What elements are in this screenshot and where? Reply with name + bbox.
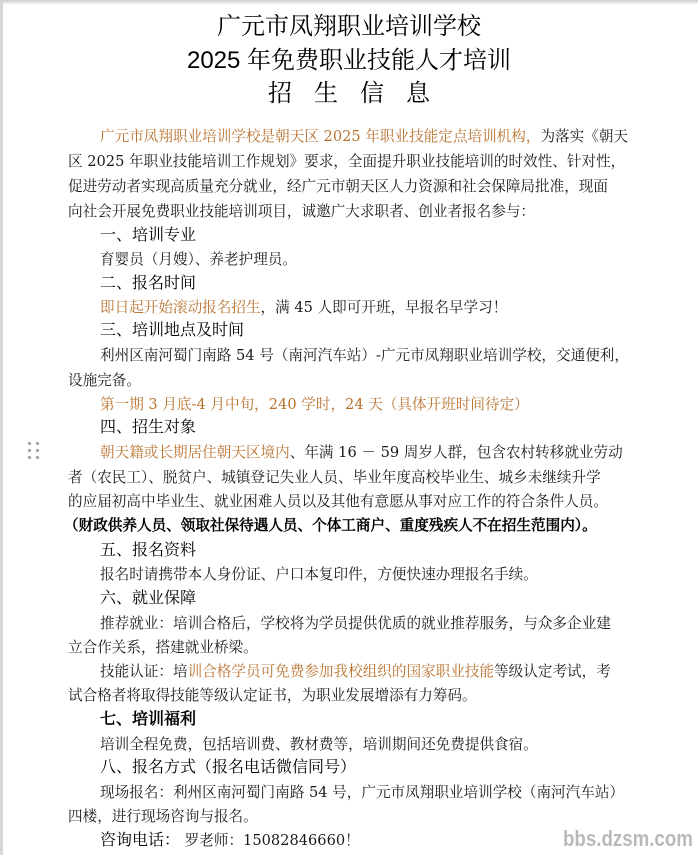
- section-5-body: 报名时请携带本人身份证、户口本复印件，方便快速办理报名手续。: [100, 565, 538, 585]
- section-3-address: 利州区南河蜀门南路 54 号（南河汽车站）-广元市凤翔职业培训学校，交通便利，: [100, 346, 629, 366]
- section-3-address-cont: 设施完备。: [68, 371, 141, 391]
- section-4-line-2: 者（农民工）、脱贫户、城镇登记失业人员、毕业年度高校毕业生、城乡未继续升学: [68, 468, 601, 488]
- section-4-line-1: 朝天籍或长期居住朝天区境内、年满 16 － 59 周岁人群，包含农村转移就业劳动: [100, 443, 623, 463]
- section-1-heading: 一、培训专业: [100, 226, 196, 246]
- section-8-heading: 八、报名方式（报名电话微信同号）: [100, 758, 356, 778]
- section-4-line-3: 的应届初高中毕业生、就业困难人员以及其他有意愿从事对应工作的符合条件人员。: [68, 492, 608, 512]
- watermark: bbs.dzsm.com: [563, 826, 693, 852]
- title-enrollment: 招生信息: [0, 73, 698, 108]
- section-4-exclusion: （财政供养人员、领取社保待遇人员、个体工商户、重度残疾人不在招生范围内）。: [64, 516, 597, 536]
- cert-rest: 等级认定考试，考: [494, 663, 611, 680]
- section-8-phone: 咨询电话： 罗老师：15082846660！: [100, 831, 360, 851]
- intro-line1-rest: 为落实《朝天: [540, 128, 628, 145]
- section-7-body: 培训全程免费，包括培训费、教材费等，培训期间还免费提供食宿。: [100, 735, 538, 755]
- page-left-edge: [0, 0, 3, 855]
- section-6-job-line-2: 立合作关系，搭建就业桥梁。: [68, 638, 258, 658]
- intro-line-3: 促进劳动者实现高质量充分就业，经广元市朝天区人力资源和社会保障局批准，现面: [68, 177, 608, 197]
- section-8-onsite-line-1: 现场报名：利州区南河蜀门南路 54 号，广元市凤翔职业培训学校（南河汽车站）: [100, 783, 624, 803]
- phone-label: 咨询电话：: [100, 832, 180, 849]
- intro-highlight: 广元市凤翔职业培训学校是朝天区 2025 年职业技能定点培训机构，: [100, 128, 540, 145]
- section-5-heading: 五、报名资料: [100, 541, 196, 561]
- phone-value: 罗老师：15082846660！: [185, 832, 360, 849]
- section-2-body: 即日起开始滚动报名招生，满 45 人即可开班，早报名早学习！: [100, 298, 507, 318]
- section-3-schedule: 第一期 3 月底-4 月中旬，240 学时，24 天（具体开班时间待定）: [100, 395, 529, 415]
- section-6-cert-line-1: 技能认证：培训合格学员可免费参加我校组织的国家职业技能等级认定考试，考: [100, 662, 611, 682]
- title-school: 广元市凤翔职业培训学校: [0, 6, 698, 41]
- section-7-heading: 七、培训福利: [100, 710, 196, 730]
- section-4-heading: 四、招生对象: [100, 418, 196, 438]
- cert-highlight: 训合格学员可免费参加我校组织的国家职业技能: [188, 663, 494, 680]
- section-3-heading: 三、培训地点及时间: [100, 321, 244, 341]
- section-1-body: 育婴员（月嫂）、养老护理员。: [100, 250, 297, 270]
- intro-line-1: 广元市凤翔职业培训学校是朝天区 2025 年职业技能定点培训机构，为落实《朝天: [100, 127, 628, 147]
- title-program: 2025 年免费职业技能人才培训: [0, 40, 698, 75]
- intro-line-2: 区 2025 年职业技能培训工作规划》要求，全面提升职业技能培训的时效性、针对性…: [68, 152, 625, 172]
- cert-prefix: 技能认证：培: [100, 663, 188, 680]
- section-6-cert-line-2: 试合格者将取得技能等级认定证书，为职业发展增添有力筹码。: [68, 686, 477, 706]
- section-6-heading: 六、就业保障: [100, 589, 196, 609]
- section-4-line1-rest: 、年满 16 － 59 周岁人群，包含农村转移就业劳动: [290, 444, 623, 461]
- section-2-heading: 二、报名时间: [100, 274, 196, 294]
- section-8-onsite-line-2: 四楼，进行现场咨询与报名。: [68, 807, 258, 827]
- section-6-job-line-1: 推荐就业：培训合格后，学校将为学员提供优质的就业推荐服务，与众多企业建: [100, 614, 611, 634]
- page-top-edge: [0, 0, 698, 4]
- section-2-highlight: 即日起开始滚动报名招生: [100, 299, 261, 316]
- drag-handle-icon[interactable]: [28, 442, 40, 460]
- intro-line-4: 向社会开展免费职业技能培训项目，诚邀广大求职者、创业者报名参与：: [68, 202, 535, 222]
- section-2-rest: ，满 45 人即可开班，早报名早学习！: [261, 299, 508, 316]
- section-4-highlight: 朝天籍或长期居住朝天区境内: [100, 444, 290, 461]
